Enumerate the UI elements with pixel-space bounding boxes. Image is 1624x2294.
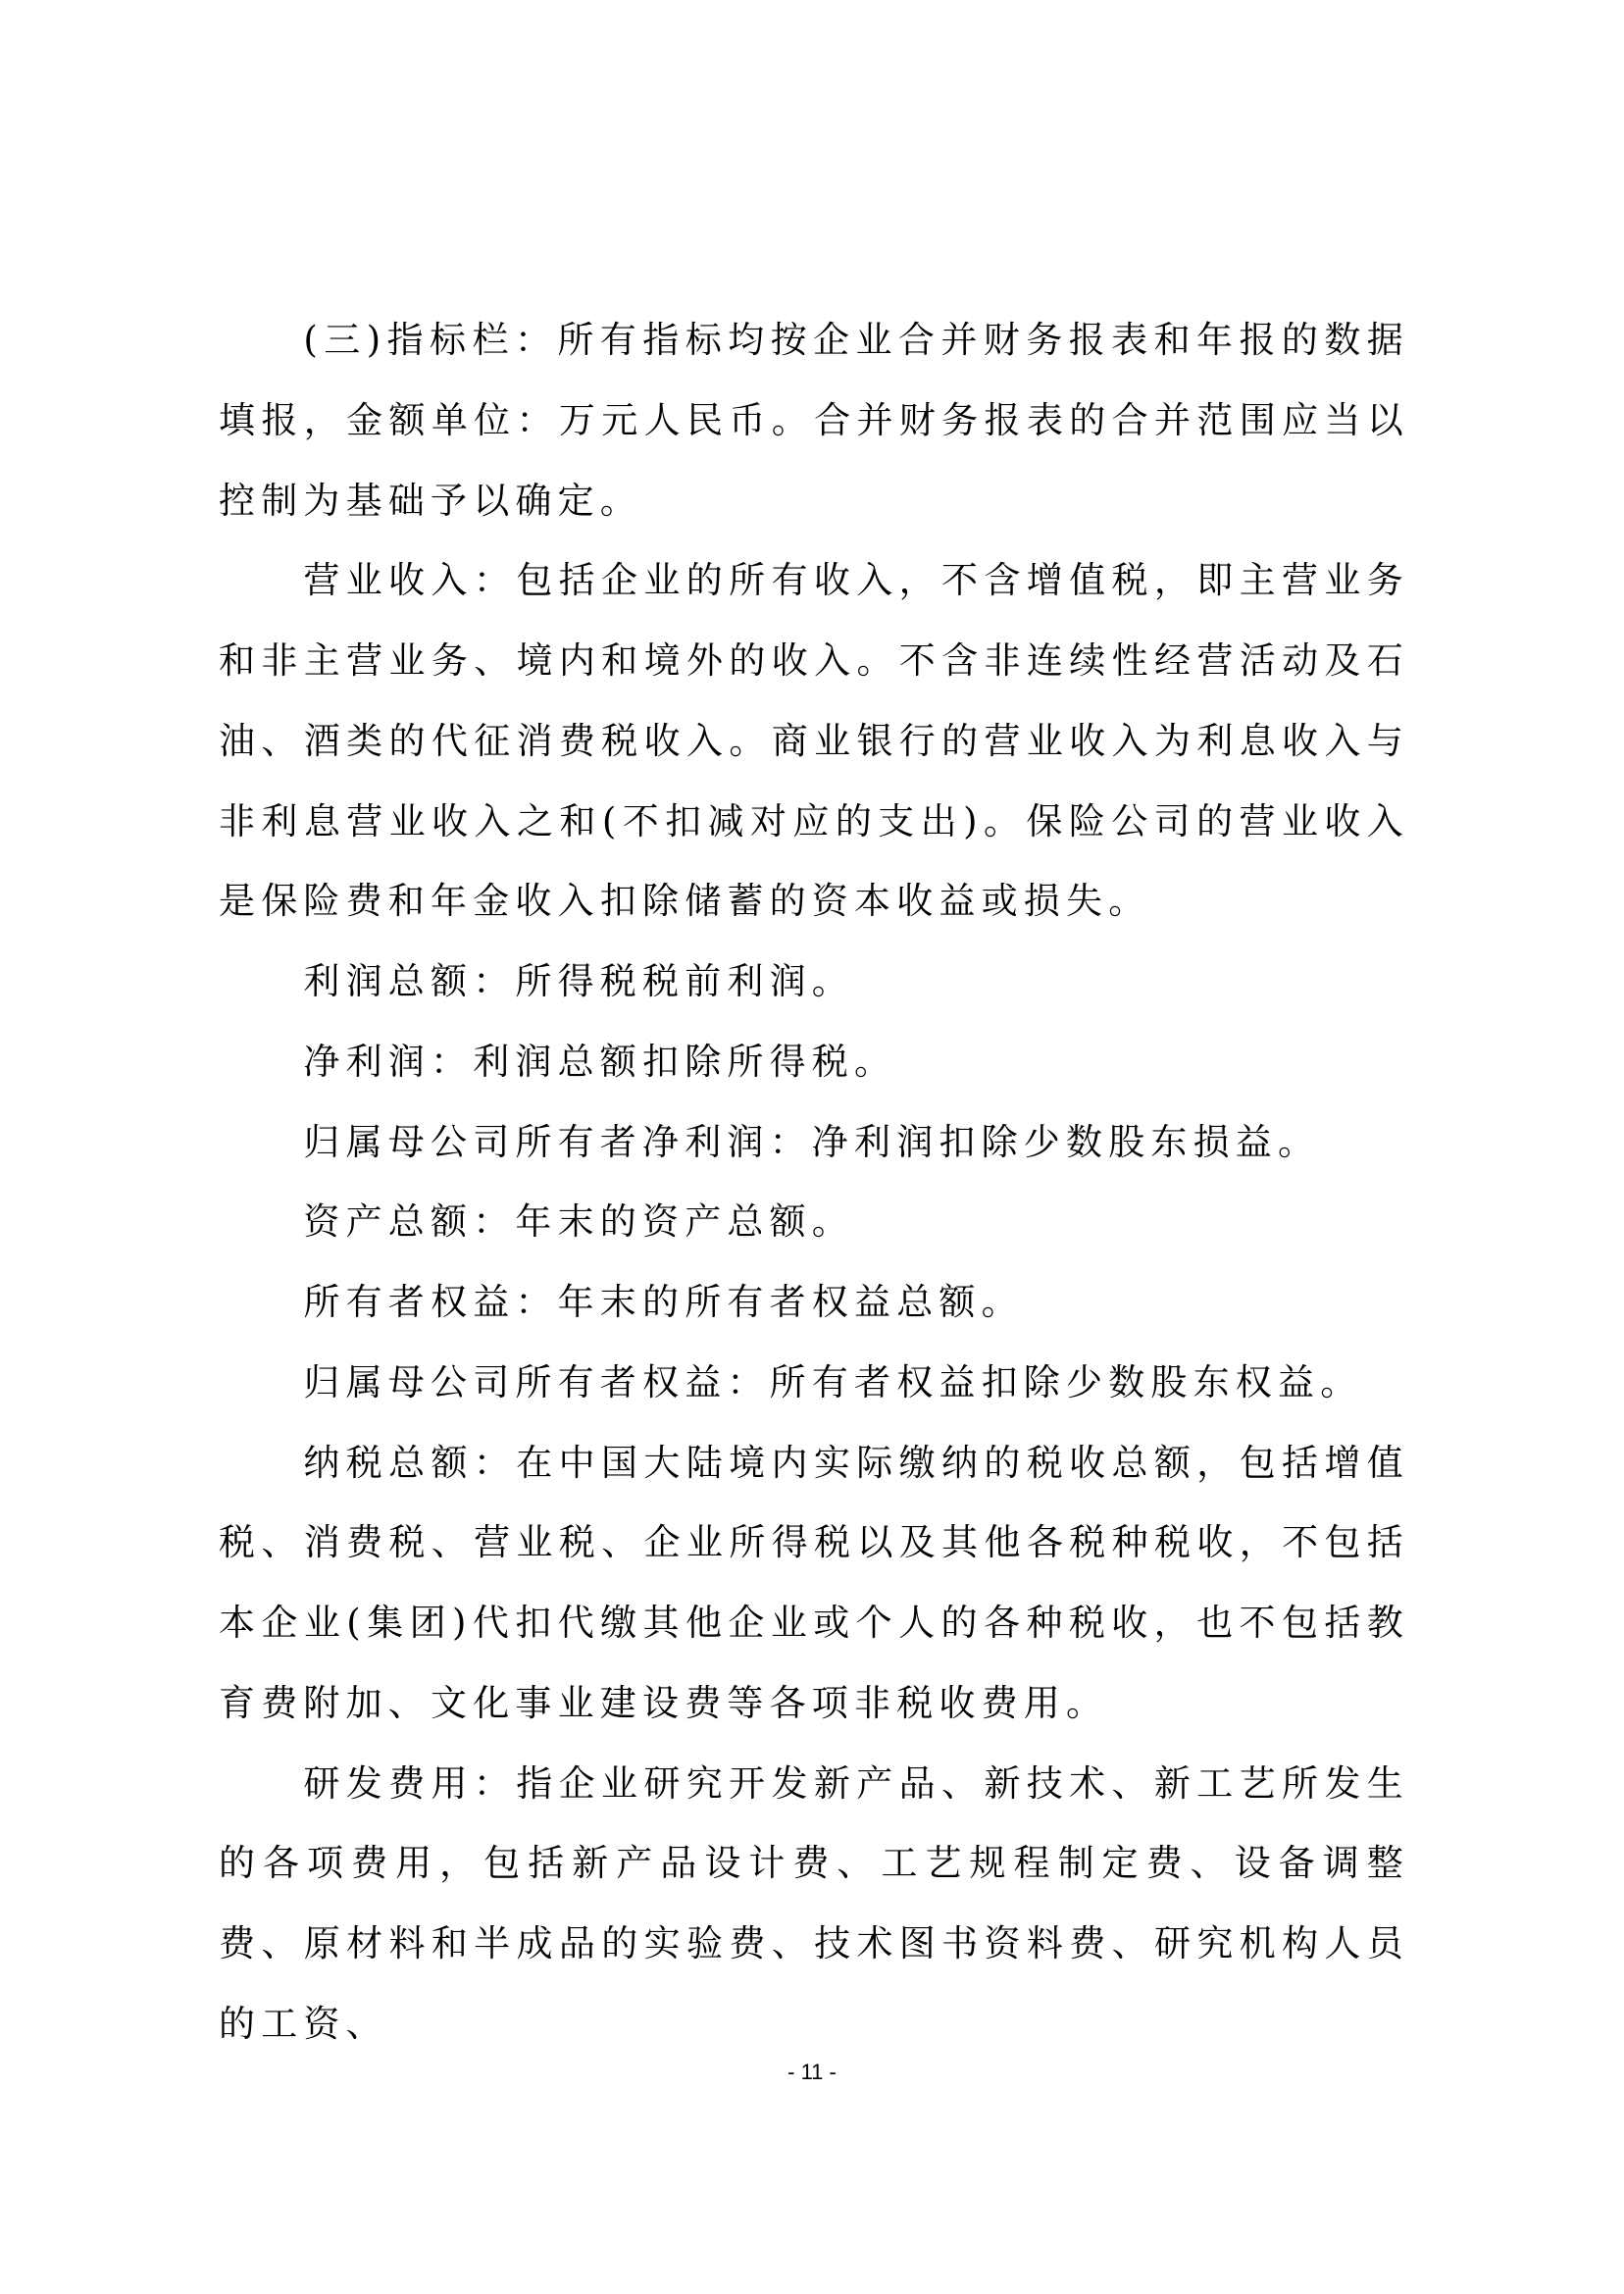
paragraph-total-tax: 纳税总额：在中国大陆境内实际缴纳的税收总额，包括增值税、消费税、营业税、企业所得… <box>219 1423 1409 1744</box>
paragraph-total-assets: 资产总额：年末的资产总额。 <box>219 1182 1409 1262</box>
paragraph-total-profit: 利润总额：所得税税前利润。 <box>219 942 1409 1022</box>
page-number: - 11 - <box>0 2060 1624 2085</box>
paragraph-indicator-column: (三)指标栏：所有指标均按企业合并财务报表和年报的数据填报，金额单位：万元人民币… <box>219 300 1409 540</box>
paragraph-operating-revenue: 营业收入：包括企业的所有收入，不含增值税，即主营业务和非主营业务、境内和境外的收… <box>219 540 1409 942</box>
paragraph-net-profit: 净利润：利润总额扣除所得税。 <box>219 1022 1409 1102</box>
paragraph-parent-owners-equity: 归属母公司所有者权益：所有者权益扣除少数股东权益。 <box>219 1343 1409 1423</box>
document-page: (三)指标栏：所有指标均按企业合并财务报表和年报的数据填报，金额单位：万元人民币… <box>0 0 1624 2294</box>
paragraph-rd-expenses: 研发费用：指企业研究开发新产品、新技术、新工艺所发生的各项费用，包括新产品设计费… <box>219 1744 1409 2065</box>
paragraph-owners-equity: 所有者权益：年末的所有者权益总额。 <box>219 1262 1409 1343</box>
document-body: (三)指标栏：所有指标均按企业合并财务报表和年报的数据填报，金额单位：万元人民币… <box>219 300 1409 2065</box>
paragraph-parent-net-profit: 归属母公司所有者净利润：净利润扣除少数股东损益。 <box>219 1102 1409 1183</box>
